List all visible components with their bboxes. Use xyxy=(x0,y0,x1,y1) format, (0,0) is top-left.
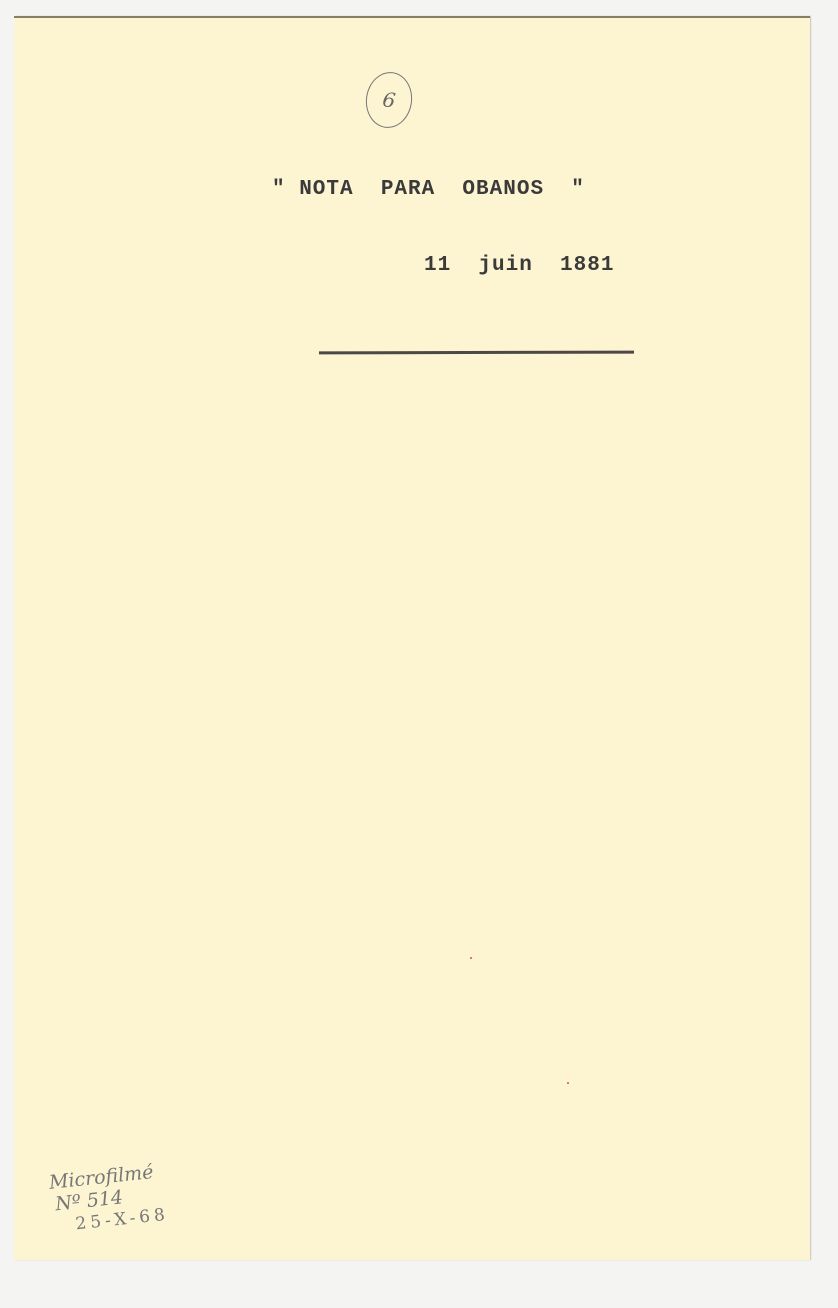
document-date: 11 juin 1881 xyxy=(424,254,614,277)
paper-speck xyxy=(470,957,472,959)
folio-number: 6 xyxy=(381,87,397,113)
pencil-annotation: Microfilmé Nº 514 25-X-68 xyxy=(48,1160,170,1238)
document-title: " NOTA PARA OBANOS " xyxy=(272,178,585,201)
document-page xyxy=(14,16,810,1260)
paper-speck xyxy=(567,1082,569,1084)
